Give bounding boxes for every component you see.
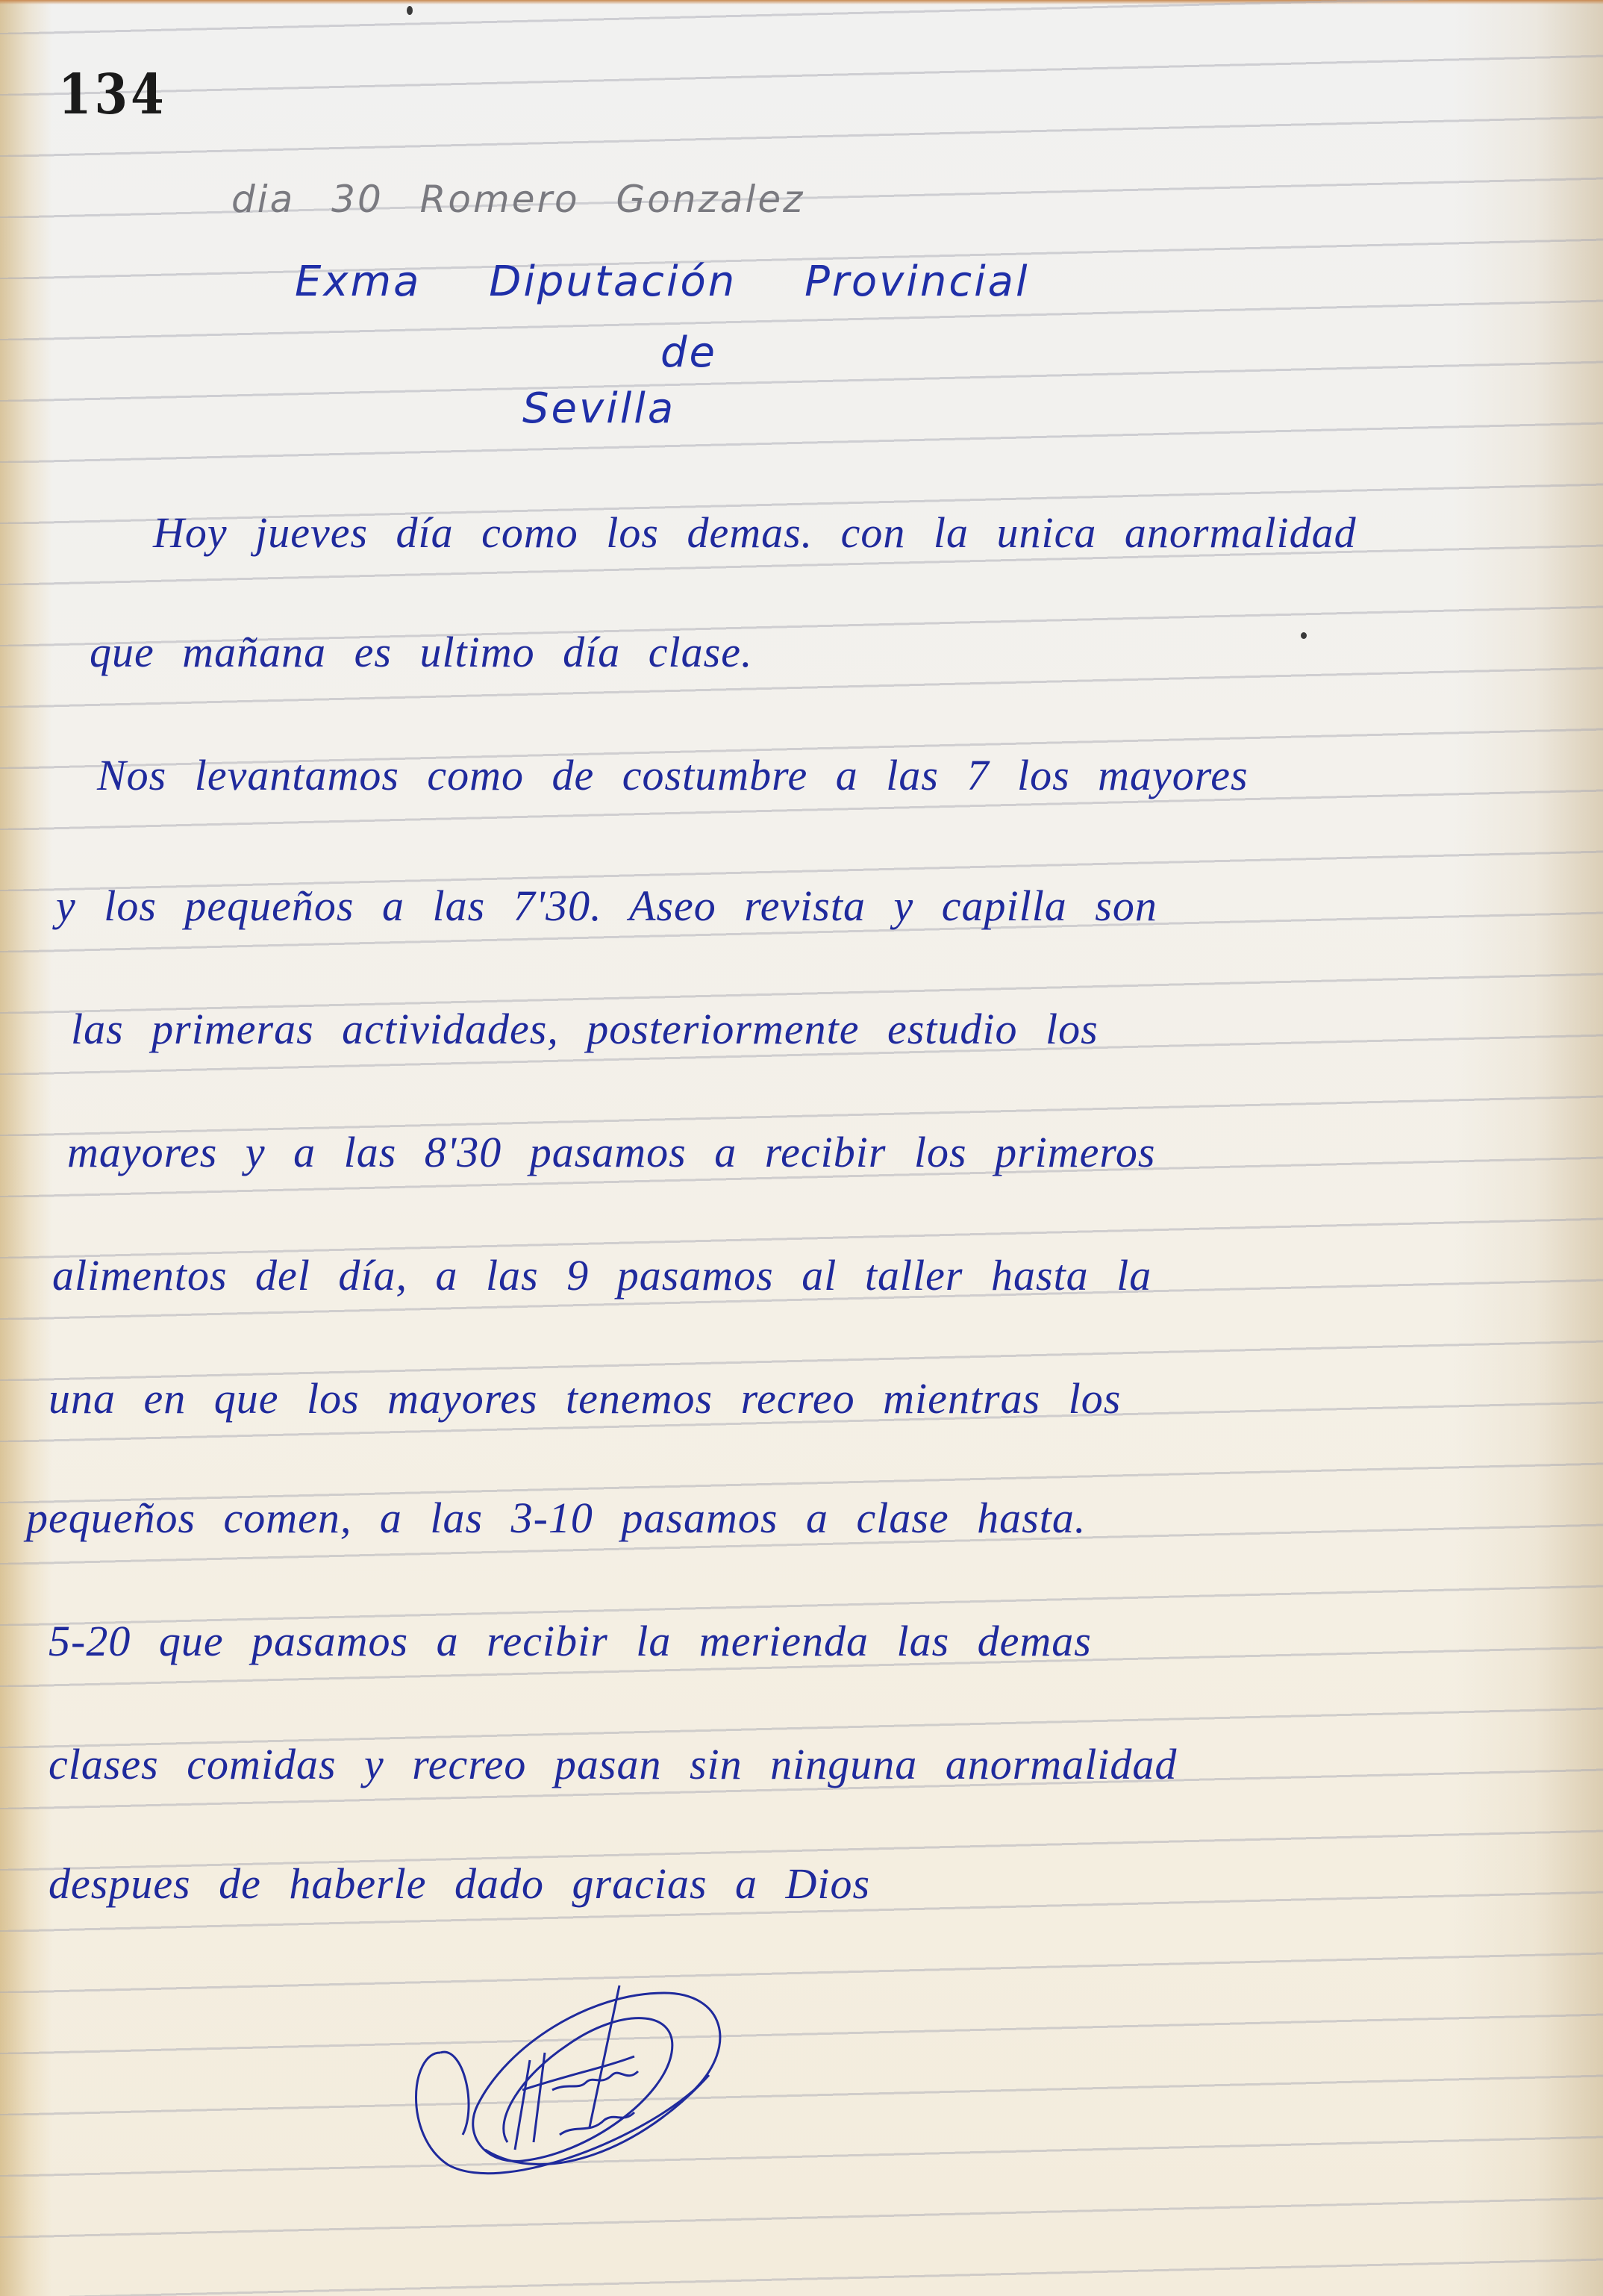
body-line: alimentos del día, a las 9 pasamos al ta… [52,1250,1152,1300]
body-line: pequeños comen, a las 3-10 pasamos a cla… [26,1493,1086,1543]
paper-speck [1301,632,1307,639]
pencil-annotation: dia 30 Romero Gonzalez [231,178,804,221]
body-line: Nos levantamos como de costumbre a las 7… [97,750,1249,800]
paper-speck [407,6,413,15]
signature-icon [396,1963,754,2232]
body-line: Hoy jueves día como los demas. con la un… [153,508,1357,558]
body-line: que mañana es ultimo día clase. [90,627,752,677]
body-line: mayores y a las 8'30 pasamos a recibir l… [67,1127,1155,1177]
body-line: despues de haberle dado gracias a Dios [49,1859,870,1909]
addressee-line-1: Exma Diputación Provincial [295,258,1030,306]
body-line: 5-20 que pasamos a recibir la merienda l… [49,1616,1092,1666]
body-line: y los pequeños a las 7'30. Aseo revista … [56,881,1157,931]
page-number: 134 [58,63,167,127]
body-line: las primeras actividades, posteriormente… [71,1004,1099,1054]
notebook-page: 134 dia 30 Romero Gonzalez Exma Diputaci… [0,0,1603,2296]
addressee-line-2: de [660,328,717,377]
body-line: una en que los mayores tenemos recreo mi… [49,1373,1121,1423]
addressee-line-3: Sevilla [522,384,675,433]
body-line: clases comidas y recreo pasan sin ningun… [49,1739,1177,1789]
